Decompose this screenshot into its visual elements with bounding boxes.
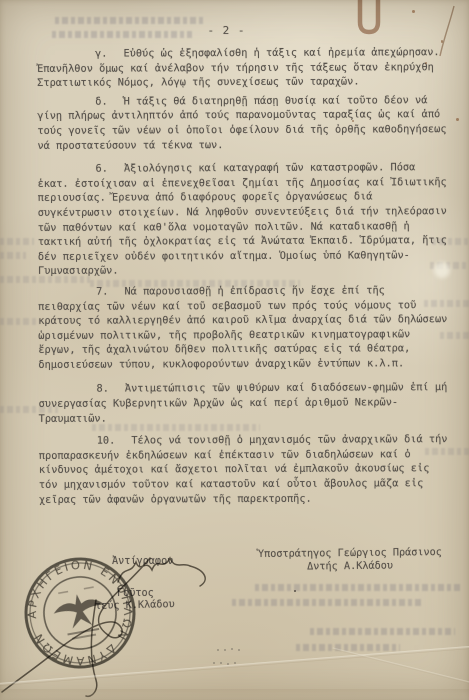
paragraph: δ.Ἡ τάξις θά διατηρηθῇ πάσῃ θυσίᾳ καί το… (37, 93, 449, 153)
paragraph: 7.Νά παρουσιασθῇ ἡ ἐπίδρασις ἥν ἔσχε ἐπί… (38, 283, 450, 372)
paragraph-number: 7. (96, 285, 108, 297)
paper-speck (412, 10, 415, 13)
paper-speck (352, 120, 354, 122)
document-body: γ.Εὐθύς ὡς ἐξησφαλίσθη ἡ τάξις καί ἠρεμί… (37, 45, 451, 507)
signatory-rank-name: Ὑποστράτηγος Γεώργιος Πράσινος (246, 547, 454, 562)
paper-speck (425, 62, 427, 64)
scratch-mark (430, 2, 460, 62)
bleed-through-line (296, 644, 400, 651)
official-round-stamp: ΑΡΧΗΓΕΙΟΝ ΕΝΟΠΛΩΝ ΔΥΝΑΜΕΩΝ (8, 541, 152, 685)
signatory-title: Δντής Α.Κλάδου (246, 559, 454, 574)
bleed-through-line (0, 318, 40, 325)
paragraph-number: δ. (95, 95, 107, 107)
paper-speck (456, 118, 459, 121)
bleed-through-line (55, 17, 205, 24)
paragraph-number: γ. (95, 48, 107, 60)
bleed-through-line (0, 238, 34, 245)
paragraph-number: 6. (96, 163, 108, 175)
signatory-block: Ὑποστράτηγος Γεώργιος Πράσινος Δντής Α.Κ… (246, 547, 454, 574)
ink-dot (294, 590, 296, 592)
bleed-through-line (310, 628, 455, 635)
paragraph: γ.Εὐθύς ὡς ἐξησφαλίσθη ἡ τάξις καί ἠρεμί… (37, 45, 449, 91)
paragraph-number: 8. (96, 383, 108, 395)
paragraph-number: 10. (97, 435, 116, 447)
bleed-through-line (255, 584, 460, 591)
paragraph: 8.Ἀντιμετώπισις τῶν ψιθύρων καί διαδόσεω… (38, 381, 450, 427)
bleed-through-line (0, 252, 26, 259)
paper-speck (441, 40, 443, 43)
rust-stain (348, 0, 388, 40)
bleed-through-line (232, 599, 424, 606)
paragraph-text: Ἀξιολόγησις καί καταγραφή τῶν καταστροφῶ… (38, 161, 447, 277)
eagle-emblem-icon (51, 590, 108, 632)
paragraph: 10.Τέλος νά τονισθῇ ὁ μηχανισμός τῶν ἀνα… (39, 432, 451, 507)
paragraph: 6.Ἀξιολόγησις καί καταγραφή τῶν καταστρο… (38, 160, 451, 279)
